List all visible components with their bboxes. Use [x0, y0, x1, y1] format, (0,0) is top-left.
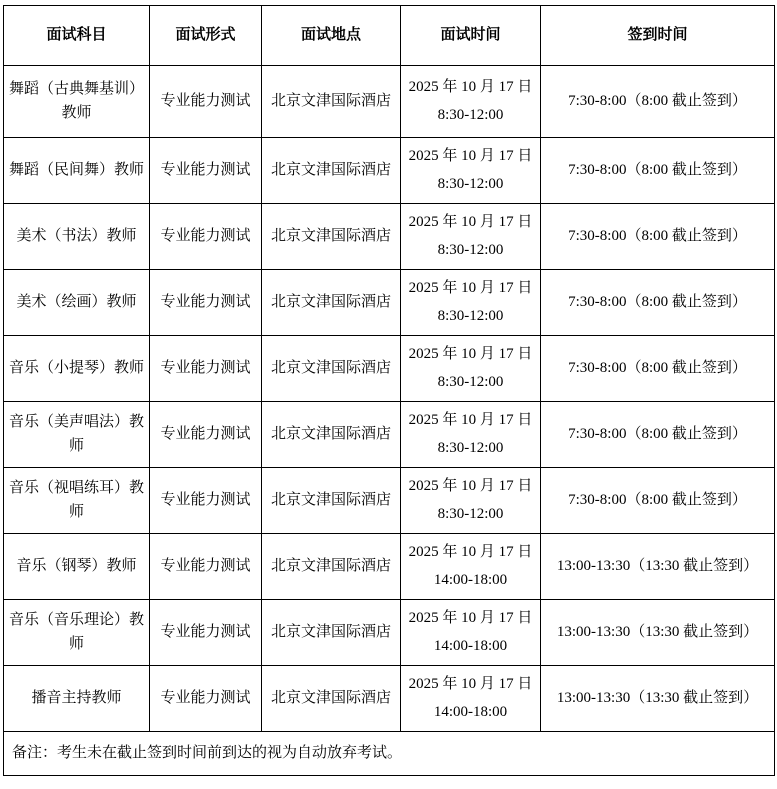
location-cell: 北京文津国际酒店: [262, 534, 401, 600]
table-row: 音乐（美声唱法）教师 专业能力测试 北京文津国际酒店 2025 年 10 月 1…: [4, 402, 775, 468]
checkin-cell: 13:00-13:30（13:30 截止签到）: [541, 600, 775, 666]
header-location: 面试地点: [262, 6, 401, 66]
interview-date: 2025 年 10 月 17 日: [406, 409, 535, 432]
checkin-cell: 13:00-13:30（13:30 截止签到）: [541, 534, 775, 600]
interview-date: 2025 年 10 月 17 日: [406, 145, 535, 168]
format-cell: 专业能力测试: [150, 534, 262, 600]
subject-cell: 音乐（小提琴）教师: [4, 336, 150, 402]
interview-time: 14:00-18:00: [406, 701, 535, 724]
header-checkin: 签到时间: [541, 6, 775, 66]
interview-date: 2025 年 10 月 17 日: [406, 76, 535, 99]
time-cell: 2025 年 10 月 17 日 8:30-12:00: [401, 336, 541, 402]
time-cell: 2025 年 10 月 17 日 8:30-12:00: [401, 468, 541, 534]
interview-time: 14:00-18:00: [406, 635, 535, 658]
format-cell: 专业能力测试: [150, 138, 262, 204]
interview-time: 8:30-12:00: [406, 104, 535, 127]
time-cell: 2025 年 10 月 17 日 8:30-12:00: [401, 270, 541, 336]
table-row: 音乐（音乐理论）教师 专业能力测试 北京文津国际酒店 2025 年 10 月 1…: [4, 600, 775, 666]
subject-cell: 舞蹈（古典舞基训）教师: [4, 66, 150, 138]
location-cell: 北京文津国际酒店: [262, 270, 401, 336]
table-row: 音乐（钢琴）教师 专业能力测试 北京文津国际酒店 2025 年 10 月 17 …: [4, 534, 775, 600]
format-cell: 专业能力测试: [150, 468, 262, 534]
location-cell: 北京文津国际酒店: [262, 204, 401, 270]
interview-time: 8:30-12:00: [406, 305, 535, 328]
time-cell: 2025 年 10 月 17 日 14:00-18:00: [401, 666, 541, 732]
subject-cell: 音乐（美声唱法）教师: [4, 402, 150, 468]
location-cell: 北京文津国际酒店: [262, 468, 401, 534]
location-cell: 北京文津国际酒店: [262, 666, 401, 732]
interview-time: 14:00-18:00: [406, 569, 535, 592]
header-row: 面试科目 面试形式 面试地点 面试时间 签到时间: [4, 6, 775, 66]
interview-date: 2025 年 10 月 17 日: [406, 277, 535, 300]
time-cell: 2025 年 10 月 17 日 8:30-12:00: [401, 402, 541, 468]
table-row: 音乐（小提琴）教师 专业能力测试 北京文津国际酒店 2025 年 10 月 17…: [4, 336, 775, 402]
subject-cell: 音乐（钢琴）教师: [4, 534, 150, 600]
time-cell: 2025 年 10 月 17 日 14:00-18:00: [401, 534, 541, 600]
interview-date: 2025 年 10 月 17 日: [406, 607, 535, 630]
interview-time: 8:30-12:00: [406, 371, 535, 394]
subject-cell: 音乐（音乐理论）教师: [4, 600, 150, 666]
format-cell: 专业能力测试: [150, 66, 262, 138]
format-cell: 专业能力测试: [150, 336, 262, 402]
time-cell: 2025 年 10 月 17 日 8:30-12:00: [401, 66, 541, 138]
header-format: 面试形式: [150, 6, 262, 66]
checkin-cell: 7:30-8:00（8:00 截止签到）: [541, 138, 775, 204]
location-cell: 北京文津国际酒店: [262, 336, 401, 402]
table-row: 舞蹈（民间舞）教师 专业能力测试 北京文津国际酒店 2025 年 10 月 17…: [4, 138, 775, 204]
interview-date: 2025 年 10 月 17 日: [406, 343, 535, 366]
location-cell: 北京文津国际酒店: [262, 402, 401, 468]
time-cell: 2025 年 10 月 17 日 14:00-18:00: [401, 600, 541, 666]
interview-date: 2025 年 10 月 17 日: [406, 475, 535, 498]
subject-cell: 美术（书法）教师: [4, 204, 150, 270]
table-row: 舞蹈（古典舞基训）教师 专业能力测试 北京文津国际酒店 2025 年 10 月 …: [4, 66, 775, 138]
subject-cell: 播音主持教师: [4, 666, 150, 732]
interview-time: 8:30-12:00: [406, 437, 535, 460]
interview-time: 8:30-12:00: [406, 239, 535, 262]
interview-date: 2025 年 10 月 17 日: [406, 211, 535, 234]
interview-schedule-table: 面试科目 面试形式 面试地点 面试时间 签到时间 舞蹈（古典舞基训）教师 专业能…: [3, 5, 775, 776]
table-row: 音乐（视唱练耳）教师 专业能力测试 北京文津国际酒店 2025 年 10 月 1…: [4, 468, 775, 534]
interview-time: 8:30-12:00: [406, 503, 535, 526]
header-time: 面试时间: [401, 6, 541, 66]
document-body: 面试科目 面试形式 面试地点 面试时间 签到时间 舞蹈（古典舞基训）教师 专业能…: [0, 0, 777, 778]
table-row: 美术（书法）教师 专业能力测试 北京文津国际酒店 2025 年 10 月 17 …: [4, 204, 775, 270]
format-cell: 专业能力测试: [150, 402, 262, 468]
location-cell: 北京文津国际酒店: [262, 600, 401, 666]
table-row: 美术（绘画）教师 专业能力测试 北京文津国际酒店 2025 年 10 月 17 …: [4, 270, 775, 336]
location-cell: 北京文津国际酒店: [262, 138, 401, 204]
interview-date: 2025 年 10 月 17 日: [406, 541, 535, 564]
location-cell: 北京文津国际酒店: [262, 66, 401, 138]
table-row: 播音主持教师 专业能力测试 北京文津国际酒店 2025 年 10 月 17 日 …: [4, 666, 775, 732]
checkin-cell: 7:30-8:00（8:00 截止签到）: [541, 336, 775, 402]
format-cell: 专业能力测试: [150, 204, 262, 270]
checkin-cell: 7:30-8:00（8:00 截止签到）: [541, 204, 775, 270]
note-row: 备注：考生未在截止签到时间前到达的视为自动放弃考试。: [4, 732, 775, 776]
format-cell: 专业能力测试: [150, 666, 262, 732]
interview-date: 2025 年 10 月 17 日: [406, 673, 535, 696]
format-cell: 专业能力测试: [150, 270, 262, 336]
time-cell: 2025 年 10 月 17 日 8:30-12:00: [401, 204, 541, 270]
interview-time: 8:30-12:00: [406, 173, 535, 196]
time-cell: 2025 年 10 月 17 日 8:30-12:00: [401, 138, 541, 204]
subject-cell: 舞蹈（民间舞）教师: [4, 138, 150, 204]
checkin-cell: 13:00-13:30（13:30 截止签到）: [541, 666, 775, 732]
note-text: 备注：考生未在截止签到时间前到达的视为自动放弃考试。: [4, 732, 775, 776]
subject-cell: 美术（绘画）教师: [4, 270, 150, 336]
checkin-cell: 7:30-8:00（8:00 截止签到）: [541, 402, 775, 468]
header-subject: 面试科目: [4, 6, 150, 66]
subject-cell: 音乐（视唱练耳）教师: [4, 468, 150, 534]
checkin-cell: 7:30-8:00（8:00 截止签到）: [541, 270, 775, 336]
checkin-cell: 7:30-8:00（8:00 截止签到）: [541, 468, 775, 534]
checkin-cell: 7:30-8:00（8:00 截止签到）: [541, 66, 775, 138]
format-cell: 专业能力测试: [150, 600, 262, 666]
